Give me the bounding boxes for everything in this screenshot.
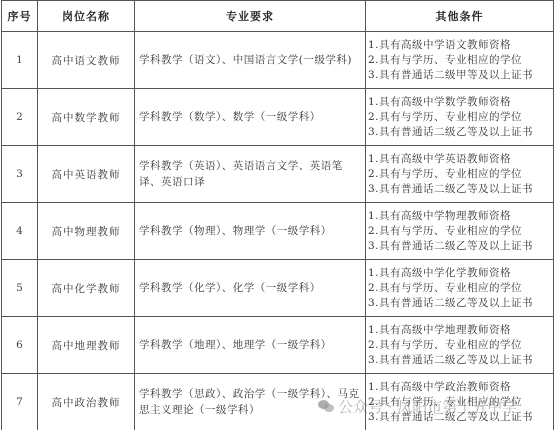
condition-line: 2.具有与学历、专业相应的学位 (368, 224, 553, 239)
condition-line: 1.具有高级中学数学教师资格 (368, 95, 553, 110)
condition-line: 1.具有高级中学物理教师资格 (368, 209, 553, 224)
header-major: 专业要求 (135, 1, 366, 32)
condition-line: 3.具有普通话二级乙等及以上证书 (368, 296, 553, 311)
condition-line: 2.具有与学历、专业相应的学位 (368, 281, 553, 296)
row-title: 高中物理教师 (38, 203, 135, 260)
condition-line: 3.具有普通话二级乙等及以上证书 (368, 353, 553, 368)
row-title: 高中数学教师 (38, 89, 135, 146)
row-no: 3 (2, 146, 38, 203)
header-conditions: 其他条件 (366, 1, 554, 32)
row-title: 高中政治教师 (38, 374, 135, 430)
header-title: 岗位名称 (38, 1, 135, 32)
row-major: 学科教学（化学）、化学（一级学科） (135, 260, 366, 317)
condition-line: 3.具有普通话二级乙等及以上证书 (368, 239, 553, 254)
row-title: 高中化学教师 (38, 260, 135, 317)
table-row: 4 高中物理教师 学科教学（物理）、物理学（一级学科） 1.具有高级中学物理教师… (2, 203, 554, 260)
table-row: 7 高中政治教师 学科教学（思政）、政治学（一级学科）、马克思主义理论（一级学科… (2, 374, 554, 430)
row-no: 4 (2, 203, 38, 260)
table-row: 3 高中英语教师 学科教学（英语）、英语语言文学、英语笔译、英语口译 1.具有高… (2, 146, 554, 203)
row-conditions: 1.具有高级中学语文教师资格 2.具有与学历、专业相应的学位 3.具有普通话二级… (366, 32, 554, 89)
condition-line: 3.具有普通话二级乙等及以上证书 (368, 125, 553, 140)
condition-line: 3.具有普通话二级乙等及以上证书 (368, 410, 553, 425)
condition-line: 1.具有高级中学政治教师资格 (368, 380, 553, 395)
row-major: 学科教学（数学）、数学（一级学科） (135, 89, 366, 146)
row-conditions: 1.具有高级中学英语教师资格 2.具有与学历、专业相应的学位 3.具有普通话二级… (366, 146, 554, 203)
table-row: 2 高中数学教师 学科教学（数学）、数学（一级学科） 1.具有高级中学数学教师资… (2, 89, 554, 146)
condition-line: 2.具有与学历、专业相应的学位 (368, 167, 553, 182)
row-no: 2 (2, 89, 38, 146)
table-row: 1 高中语文教师 学科教学（语文）、中国语言文学(一级学科) 1.具有高级中学语… (2, 32, 554, 89)
row-conditions: 1.具有高级中学物理教师资格 2.具有与学历、专业相应的学位 3.具有普通话二级… (366, 203, 554, 260)
condition-line: 2.具有与学历、专业相应的学位 (368, 395, 553, 410)
row-no: 7 (2, 374, 38, 430)
row-major: 学科教学（思政）、政治学（一级学科）、马克思主义理论（一级学科） (135, 374, 366, 430)
row-conditions: 1.具有高级中学数学教师资格 2.具有与学历、专业相应的学位 3.具有普通话二级… (366, 89, 554, 146)
row-no: 5 (2, 260, 38, 317)
row-major: 学科教学（物理）、物理学（一级学科） (135, 203, 366, 260)
row-title: 高中语文教师 (38, 32, 135, 89)
condition-line: 2.具有与学历、专业相应的学位 (368, 110, 553, 125)
row-title: 高中地理教师 (38, 317, 135, 374)
table-row: 6 高中地理教师 学科教学（地理）、地理学（一级学科） 1.具有高级中学地理教师… (2, 317, 554, 374)
row-major: 学科教学（地理）、地理学（一级学科） (135, 317, 366, 374)
row-conditions: 1.具有高级中学政治教师资格 2.具有与学历、专业相应的学位 3.具有普通话二级… (366, 374, 554, 430)
row-major: 学科教学（语文）、中国语言文学(一级学科) (135, 32, 366, 89)
row-no: 1 (2, 32, 38, 89)
row-no: 6 (2, 317, 38, 374)
positions-table: 序号 岗位名称 专业要求 其他条件 1 高中语文教师 学科教学（语文）、中国语言… (1, 0, 554, 430)
condition-line: 3.具有普通话二级乙等及以上证书 (368, 182, 553, 197)
condition-line: 1.具有高级中学地理教师资格 (368, 323, 553, 338)
row-major: 学科教学（英语）、英语语言文学、英语笔译、英语口译 (135, 146, 366, 203)
condition-line: 1.具有高级中学化学教师资格 (368, 266, 553, 281)
row-conditions: 1.具有高级中学化学教师资格 2.具有与学历、专业相应的学位 3.具有普通话二级… (366, 260, 554, 317)
condition-line: 2.具有与学历、专业相应的学位 (368, 338, 553, 353)
condition-line: 1.具有高级中学英语教师资格 (368, 152, 553, 167)
condition-line: 3.具有普通话二级甲等及以上证书 (368, 68, 553, 83)
header-no: 序号 (2, 1, 38, 32)
condition-line: 1.具有高级中学语文教师资格 (368, 38, 553, 53)
table-row: 5 高中化学教师 学科教学（化学）、化学（一级学科） 1.具有高级中学化学教师资… (2, 260, 554, 317)
row-conditions: 1.具有高级中学地理教师资格 2.具有与学历、专业相应的学位 3.具有普通话二级… (366, 317, 554, 374)
row-title: 高中英语教师 (38, 146, 135, 203)
condition-line: 2.具有与学历、专业相应的学位 (368, 53, 553, 68)
table-header-row: 序号 岗位名称 专业要求 其他条件 (2, 1, 554, 32)
